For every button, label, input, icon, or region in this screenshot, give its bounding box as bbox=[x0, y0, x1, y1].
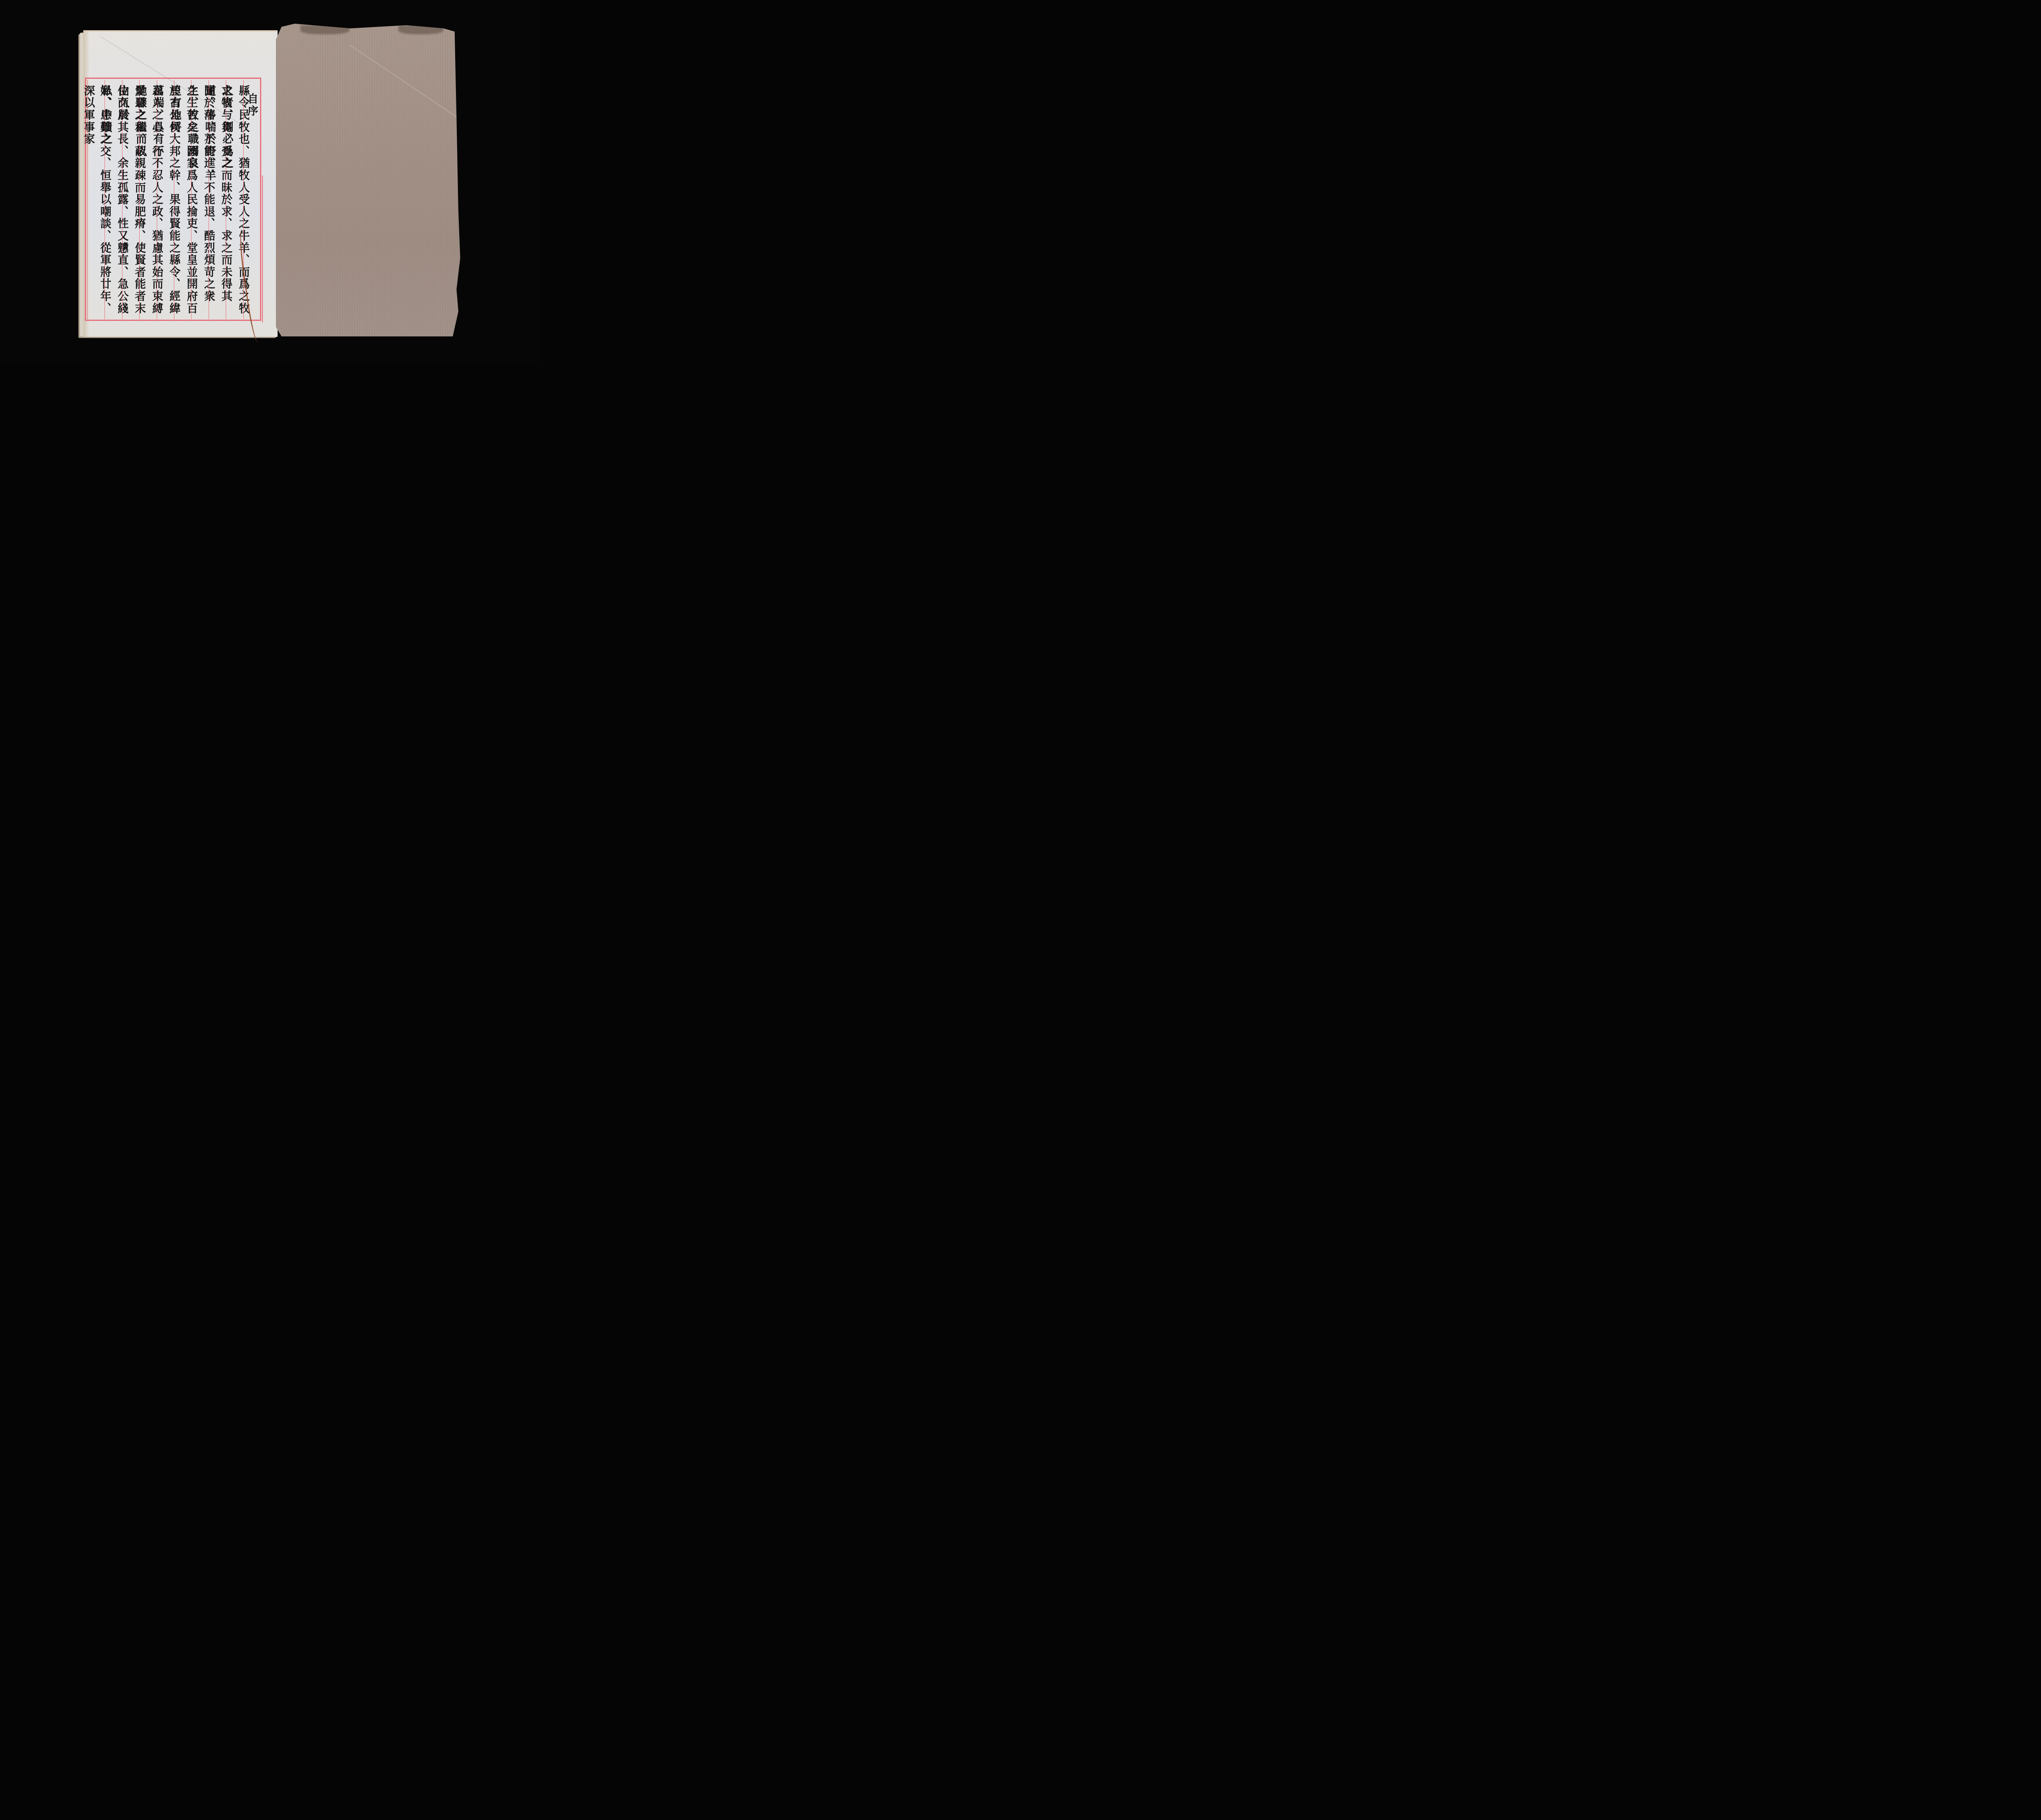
right-margin-rule bbox=[262, 176, 263, 323]
brown-paper-cover[interactable] bbox=[276, 24, 462, 336]
preface-title: 自序 bbox=[244, 93, 260, 118]
text-column-1: 縣令民牧也、猶牧人受人之牛羊、而爲之牧之者、則必爲之 bbox=[226, 80, 243, 319]
text-columns: 自序 縣令民牧也、猶牧人受人之牛羊、而爲之牧之者、則必爲之 求牧与芻、受之而昧於… bbox=[87, 80, 260, 319]
cover-crease bbox=[349, 44, 458, 118]
